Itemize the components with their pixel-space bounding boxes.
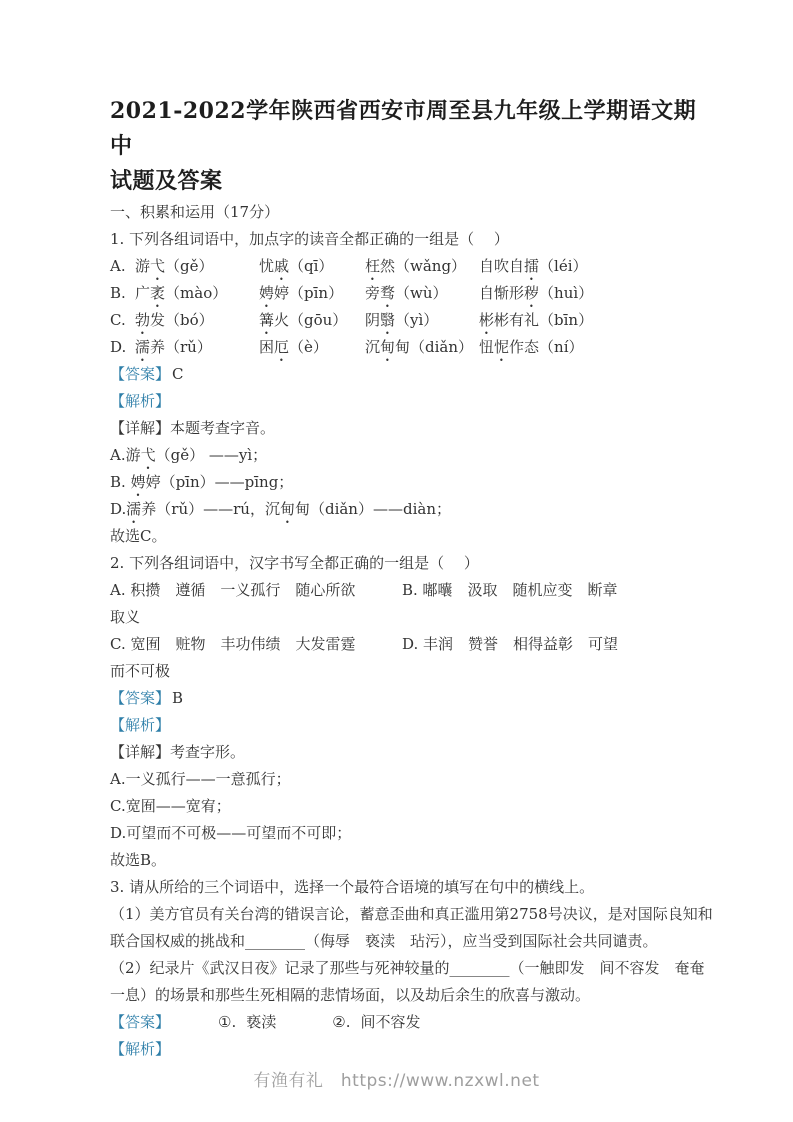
option-group-left: C. 宽囿 赃物 丰功伟绩 大发雷霆 bbox=[110, 631, 402, 658]
option-word: 忸怩作态（ní） bbox=[479, 334, 584, 361]
explanation-line: D.可望而不可极——可望而不可即； bbox=[110, 820, 710, 847]
option-label: B. bbox=[110, 280, 135, 307]
question-1: 1. 下列各组词语中，加点字的读音全都正确的一组是（ ） A.游弋（gě）忧戚（… bbox=[110, 226, 710, 550]
dotted-char: 弋 bbox=[141, 446, 156, 464]
question-3-analysis-line: 【解析】 bbox=[110, 1036, 710, 1063]
explanation-text: 甸（diǎn）——diàn； bbox=[295, 500, 451, 518]
fill-in-item-line: （1）美方官员有关台湾的错误言论，蓄意歪曲和真正滥用第2758号决议，是对国际良… bbox=[110, 901, 710, 928]
option-word: 自惭形秽（huì） bbox=[479, 280, 593, 307]
question-1-detail-line: 【详解】本题考查字音。 bbox=[110, 415, 710, 442]
question-3-stem: 3. 请从所给的三个词语中，选择一个最符合语境的填写在句中的横线上。 bbox=[110, 874, 710, 901]
option-line: C. 宽囿 赃物 丰功伟绩 大发雷霆D. 丰润 赞誉 相得益彰 可望 bbox=[110, 631, 710, 658]
option-word: 沉甸甸（diǎn） bbox=[365, 334, 479, 361]
option-group-left: A. 积攒 遵循 一义孤行 随心所欲 bbox=[110, 577, 402, 604]
option-group-right: B. 嘟囔 汲取 随机应变 断章 bbox=[402, 581, 618, 599]
option-label: D. bbox=[110, 334, 135, 361]
detail-marker: 【详解】 bbox=[110, 743, 170, 761]
option-word: 阴翳（yì） bbox=[365, 307, 479, 334]
option-label: A. bbox=[110, 253, 135, 280]
explanation-line: C.宽囿——宽宥； bbox=[110, 793, 710, 820]
answer-marker: 【答案】 bbox=[110, 365, 170, 383]
dotted-char: 濡 bbox=[135, 338, 150, 356]
fill-in-item-line: 联合国权威的挑战和________（侮辱 亵渎 玷污），应当受到国际社会共同谴责… bbox=[110, 928, 710, 955]
watermark-footer: 有渔有礼 https://www.nzxwl.net bbox=[0, 1066, 793, 1091]
dotted-char: 濡 bbox=[126, 500, 141, 518]
question-2-answer-line: 【答案】B bbox=[110, 685, 710, 712]
question-2-analysis-line: 【解析】 bbox=[110, 712, 710, 739]
explanation-line: A.游弋（gě） ——yì； bbox=[110, 442, 710, 469]
question-2-conclusion: 故选B。 bbox=[110, 847, 710, 874]
option-row: A.游弋（gě）忧戚（qī）枉然（wǎng）自吹自擂（léi） bbox=[110, 253, 710, 280]
dotted-char: 枉 bbox=[365, 257, 380, 275]
option-word: 勃发（bó） bbox=[135, 307, 259, 334]
analysis-marker: 【解析】 bbox=[110, 392, 170, 410]
option-row: D.濡养（rǔ）困厄（è）沉甸甸（diǎn）忸怩作态（ní） bbox=[110, 334, 710, 361]
option-word: 濡养（rǔ） bbox=[135, 334, 259, 361]
explanation-line: D.濡养（rǔ）——rú，沉甸甸（diǎn）——diàn； bbox=[110, 496, 710, 523]
analysis-marker: 【解析】 bbox=[110, 1040, 170, 1058]
explanation-text: B. bbox=[110, 473, 131, 491]
answer-value: B bbox=[172, 689, 183, 707]
question-1-stem: 1. 下列各组词语中，加点字的读音全都正确的一组是（ ） bbox=[110, 226, 710, 253]
question-2-stem: 2. 下列各组词语中，汉字书写全都正确的一组是（ ） bbox=[110, 550, 710, 577]
dotted-char: 娉 bbox=[131, 473, 146, 491]
option-word: 彬彬有礼（bīn） bbox=[479, 307, 593, 334]
dotted-char: 彬 bbox=[479, 311, 494, 329]
dotted-char: 篝 bbox=[259, 311, 274, 329]
question-3: 3. 请从所给的三个词语中，选择一个最符合语境的填写在句中的横线上。 （1）美方… bbox=[110, 874, 710, 1063]
question-2-options: A. 积攒 遵循 一义孤行 随心所欲B. 嘟囔 汲取 随机应变 断章取义C. 宽… bbox=[110, 577, 710, 685]
dotted-char: 甸 bbox=[280, 500, 295, 518]
document-title-line-2: 试题及答案 bbox=[110, 168, 223, 194]
explanation-text: 养（rǔ）——rú，沉 bbox=[141, 500, 280, 518]
answer-item-text: 亵渎 bbox=[246, 1013, 276, 1031]
explanation-line: A.一义孤行——一意孤行； bbox=[110, 766, 710, 793]
dotted-char: 弋 bbox=[150, 257, 165, 275]
explanation-text: A.游 bbox=[110, 446, 141, 464]
section-heading: 一、积累和运用（17分） bbox=[110, 199, 710, 226]
answer-item-number: ①. bbox=[218, 1013, 236, 1031]
option-word: 枉然（wǎng） bbox=[365, 253, 479, 280]
document-page: 2021-2022学年陕西省西安市周至县九年级上学期语文期中 试题及答案 一、积… bbox=[110, 94, 710, 1063]
question-3-answer-line: 【答案】①.亵渎②.间不容发 bbox=[110, 1009, 710, 1036]
answer-marker: 【答案】 bbox=[110, 1013, 170, 1031]
option-word: 游弋（gě） bbox=[135, 253, 259, 280]
question-1-options: A.游弋（gě）忧戚（qī）枉然（wǎng）自吹自擂（léi）B.广袤（mào）… bbox=[110, 253, 710, 361]
option-word: 旁骛（wù） bbox=[365, 280, 479, 307]
question-1-analysis-line: 【解析】 bbox=[110, 388, 710, 415]
dotted-char: 擂 bbox=[524, 257, 539, 275]
option-word: 广袤（mào） bbox=[135, 280, 259, 307]
answer-item: ②.间不容发 bbox=[332, 1013, 420, 1031]
dotted-char: 秽 bbox=[524, 284, 539, 302]
option-line: 取义 bbox=[110, 604, 710, 631]
question-2: 2. 下列各组词语中，汉字书写全都正确的一组是（ ） A. 积攒 遵循 一义孤行… bbox=[110, 550, 710, 874]
dotted-char: 骛 bbox=[380, 284, 395, 302]
option-group-right: D. 丰润 赞誉 相得益彰 可望 bbox=[402, 635, 618, 653]
option-word: 篝火（gōu） bbox=[259, 307, 365, 334]
question-1-explanations: A.游弋（gě） ——yì；B. 娉婷（pīn）——pīng；D.濡养（rǔ）—… bbox=[110, 442, 710, 523]
dotted-char: 翳 bbox=[380, 311, 395, 329]
explanation-text: D. bbox=[110, 500, 126, 518]
question-3-items: （1）美方官员有关台湾的错误言论，蓄意歪曲和真正滥用第2758号决议，是对国际良… bbox=[110, 901, 710, 1009]
answer-marker: 【答案】 bbox=[110, 689, 170, 707]
dotted-char: 袤 bbox=[150, 284, 165, 302]
explanation-text: （gě） ——yì； bbox=[156, 446, 268, 464]
answer-item-number: ②. bbox=[332, 1013, 350, 1031]
detail-text: 考查字形。 bbox=[170, 743, 245, 761]
option-label: C. bbox=[110, 307, 135, 334]
question-2-explanations: A.一义孤行——一意孤行；C.宽囿——宽宥；D.可望而不可极——可望而不可即； bbox=[110, 766, 710, 847]
option-word: 困厄（è） bbox=[259, 334, 365, 361]
detail-marker: 【详解】 bbox=[110, 419, 170, 437]
option-row: B.广袤（mào）娉婷（pīn）旁骛（wù）自惭形秽（huì） bbox=[110, 280, 710, 307]
dotted-char: 怩 bbox=[494, 338, 509, 356]
question-3-answers: ①.亵渎②.间不容发 bbox=[170, 1013, 420, 1031]
question-2-detail-line: 【详解】考查字形。 bbox=[110, 739, 710, 766]
dotted-char: 甸 bbox=[380, 338, 395, 356]
option-line: A. 积攒 遵循 一义孤行 随心所欲B. 嘟囔 汲取 随机应变 断章 bbox=[110, 577, 710, 604]
detail-text: 本题考查字音。 bbox=[170, 419, 275, 437]
option-word: 忧戚（qī） bbox=[259, 253, 365, 280]
option-word: 自吹自擂（léi） bbox=[479, 253, 588, 280]
dotted-char: 厄 bbox=[274, 338, 289, 356]
fill-in-item-line: 一息）的场景和那些生死相隔的悲情场面，以及劫后余生的欣喜与激动。 bbox=[110, 982, 710, 1009]
answer-item-text: 间不容发 bbox=[360, 1013, 420, 1031]
answer-value: C bbox=[172, 365, 183, 383]
dotted-char: 勃 bbox=[135, 311, 150, 329]
explanation-text: 婷（pīn）——pīng； bbox=[146, 473, 294, 491]
document-title-line-1: 2021-2022学年陕西省西安市周至县九年级上学期语文期中 bbox=[110, 98, 696, 159]
dotted-char: 戚 bbox=[274, 257, 289, 275]
fill-in-item-line: （2）纪录片《武汉日夜》记录了那些与死神较量的________（一触即发 间不容… bbox=[110, 955, 710, 982]
analysis-marker: 【解析】 bbox=[110, 716, 170, 734]
document-title: 2021-2022学年陕西省西安市周至县九年级上学期语文期中 试题及答案 bbox=[110, 94, 710, 199]
question-1-conclusion: 故选C。 bbox=[110, 523, 710, 550]
dotted-char: 娉 bbox=[259, 284, 274, 302]
question-1-answer-line: 【答案】C bbox=[110, 361, 710, 388]
explanation-line: B. 娉婷（pīn）——pīng； bbox=[110, 469, 710, 496]
option-row: C.勃发（bó）篝火（gōu）阴翳（yì）彬彬有礼（bīn） bbox=[110, 307, 710, 334]
option-word: 娉婷（pīn） bbox=[259, 280, 365, 307]
option-line: 而不可极 bbox=[110, 658, 710, 685]
answer-item: ①.亵渎 bbox=[218, 1013, 276, 1031]
